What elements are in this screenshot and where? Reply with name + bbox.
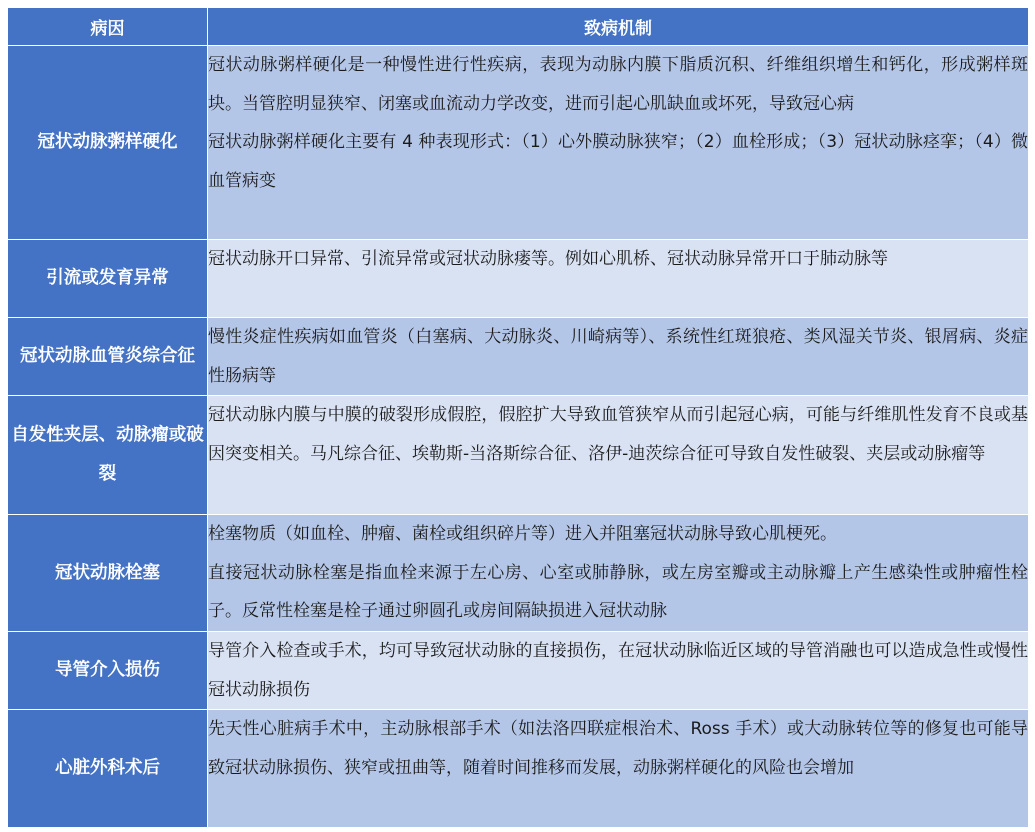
table-row: 冠状动脉栓塞 栓塞物质（如血栓、肿瘤、菌栓或组织碎片等）进入并阻塞冠状动脉导致心…: [8, 515, 1029, 632]
cause-cell: 冠状动脉栓塞: [8, 515, 208, 632]
cause-cell: 冠状动脉粥样硬化: [8, 46, 208, 240]
etiology-table: 病因 致病机制 冠状动脉粥样硬化 冠状动脉粥样硬化是一种慢性进行性疾病，表现为动…: [7, 7, 1029, 828]
mechanism-text: 冠状动脉粥样硬化是一种慢性进行性疾病，表现为动脉内膜下脂质沉积、纤维组织增生和钙…: [208, 46, 1028, 123]
table-header-row: 病因 致病机制: [8, 8, 1029, 46]
table-row: 自发性夹层、动脉瘤或破裂 冠状动脉内膜与中膜的破裂形成假腔，假腔扩大导致血管狭窄…: [8, 396, 1029, 515]
cause-cell: 心脏外科术后: [8, 710, 208, 828]
mechanism-text: 栓塞物质（如血栓、肿瘤、菌栓或组织碎片等）进入并阻塞冠状动脉导致心肌梗死。: [208, 515, 1028, 554]
header-cause: 病因: [8, 8, 208, 46]
mechanism-text: 先天性心脏病手术中，主动脉根部手术（如法洛四联症根治术、Ross 手术）或大动脉…: [208, 710, 1028, 787]
table-row: 心脏外科术后 先天性心脏病手术中，主动脉根部手术（如法洛四联症根治术、Ross …: [8, 710, 1029, 828]
table-row: 冠状动脉血管炎综合征 慢性炎症性疾病如血管炎（白塞病、大动脉炎、川崎病等）、系统…: [8, 318, 1029, 396]
mechanism-cell: 冠状动脉内膜与中膜的破裂形成假腔，假腔扩大导致血管狭窄从而引起冠心病，可能与纤维…: [208, 396, 1029, 515]
cause-cell: 导管介入损伤: [8, 631, 208, 709]
table-row: 引流或发育异常 冠状动脉开口异常、引流异常或冠状动脉瘘等。例如心肌桥、冠状动脉异…: [8, 240, 1029, 318]
cause-cell: 引流或发育异常: [8, 240, 208, 318]
mechanism-cell: 先天性心脏病手术中，主动脉根部手术（如法洛四联症根治术、Ross 手术）或大动脉…: [208, 710, 1029, 828]
mechanism-text: 导管介入检查或手术，均可导致冠状动脉的直接损伤，在冠状动脉临近区域的导管消融也可…: [208, 632, 1028, 709]
mechanism-cell: 慢性炎症性疾病如血管炎（白塞病、大动脉炎、川崎病等）、系统性红斑狼疮、类风湿关节…: [208, 318, 1029, 396]
mechanism-cell: 导管介入检查或手术，均可导致冠状动脉的直接损伤，在冠状动脉临近区域的导管消融也可…: [208, 631, 1029, 709]
table-row: 冠状动脉粥样硬化 冠状动脉粥样硬化是一种慢性进行性疾病，表现为动脉内膜下脂质沉积…: [8, 46, 1029, 240]
table-row: 导管介入损伤 导管介入检查或手术，均可导致冠状动脉的直接损伤，在冠状动脉临近区域…: [8, 631, 1029, 709]
mechanism-text: 直接冠状动脉栓塞是指血栓来源于左心房、心室或肺静脉，或左房室瓣或主动脉瓣上产生感…: [208, 554, 1028, 631]
mechanism-text: 冠状动脉粥样硬化主要有 4 种表现形式：（1）心外膜动脉狭窄；（2）血栓形成；（…: [208, 123, 1028, 200]
cause-cell: 自发性夹层、动脉瘤或破裂: [8, 396, 208, 515]
cause-cell: 冠状动脉血管炎综合征: [8, 318, 208, 396]
mechanism-text: 冠状动脉内膜与中膜的破裂形成假腔，假腔扩大导致血管狭窄从而引起冠心病，可能与纤维…: [208, 396, 1028, 473]
mechanism-text: 冠状动脉开口异常、引流异常或冠状动脉瘘等。例如心肌桥、冠状动脉异常开口于肺动脉等: [208, 240, 1028, 279]
header-mechanism: 致病机制: [208, 8, 1029, 46]
mechanism-cell: 冠状动脉粥样硬化是一种慢性进行性疾病，表现为动脉内膜下脂质沉积、纤维组织增生和钙…: [208, 46, 1029, 240]
mechanism-text: 慢性炎症性疾病如血管炎（白塞病、大动脉炎、川崎病等）、系统性红斑狼疮、类风湿关节…: [208, 318, 1028, 395]
mechanism-cell: 栓塞物质（如血栓、肿瘤、菌栓或组织碎片等）进入并阻塞冠状动脉导致心肌梗死。 直接…: [208, 515, 1029, 632]
mechanism-cell: 冠状动脉开口异常、引流异常或冠状动脉瘘等。例如心肌桥、冠状动脉异常开口于肺动脉等: [208, 240, 1029, 318]
